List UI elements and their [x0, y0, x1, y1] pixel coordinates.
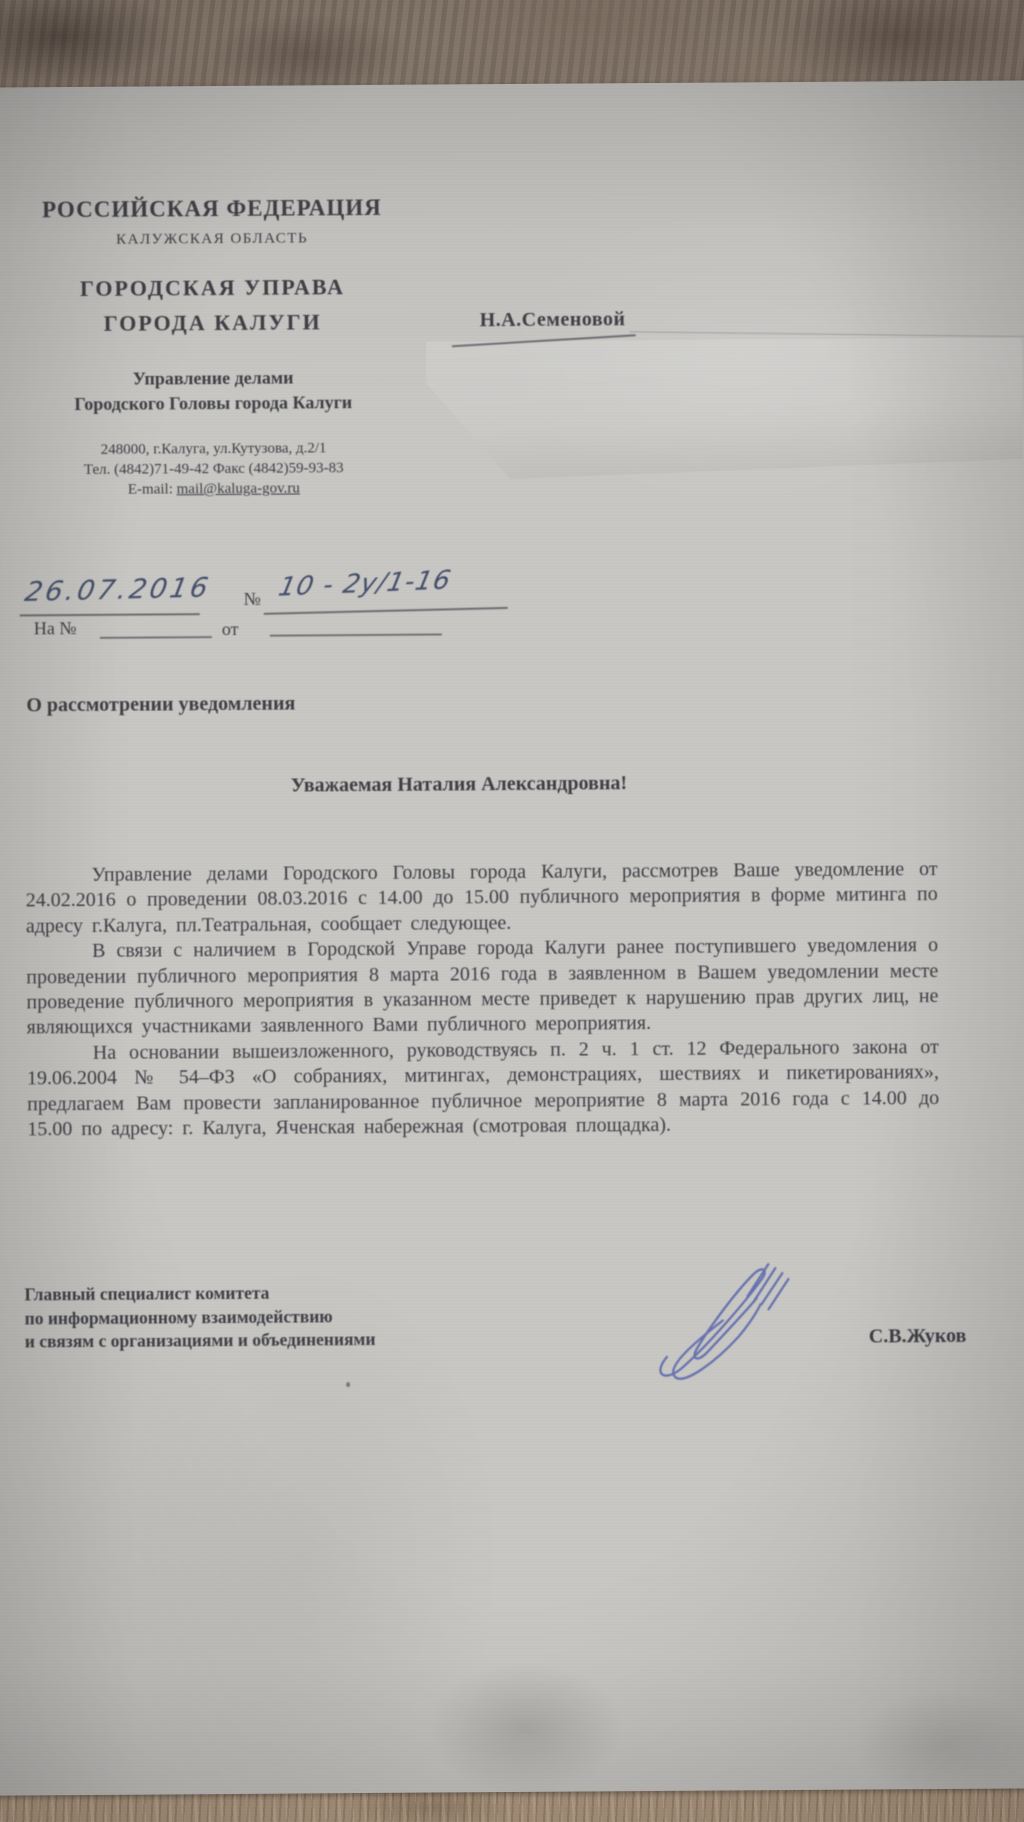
paper-crease-line — [630, 331, 1024, 337]
signatory-position: Главный специалист комитета по информаци… — [24, 1281, 375, 1354]
handwritten-date: 26.07.2016 — [22, 572, 213, 608]
letterhead-address: 248000, г.Калуга, ул.Кутузова, д.2/1 — [9, 440, 419, 460]
photo-of-letter: РОССИЙСКАЯ ФЕДЕРАЦИЯ КАЛУЖСКАЯ ОБЛАСТЬ Г… — [0, 0, 1024, 1822]
letterhead-email-line: E-mail: mail@kaluga-gov.ru — [9, 480, 419, 500]
signatory-position-line1: Главный специалист комитета — [24, 1281, 375, 1307]
body-paragraph-3: На основании вышеизложенного, руководств… — [27, 1035, 940, 1143]
recipient-name: Н.А.Семеновой — [480, 308, 626, 332]
email-address: mail@kaluga-gov.ru — [177, 480, 300, 497]
reply-number-blank-line — [100, 636, 212, 639]
letterhead-org-line1: ГОРОДСКАЯ УПРАВА — [7, 274, 417, 303]
signatory-name: С.В.Жуков — [869, 1325, 967, 1349]
reply-from-label: от — [222, 619, 239, 640]
signatory-position-line2: по информационному взаимодействию — [25, 1304, 376, 1330]
letterhead: РОССИЙСКАЯ ФЕДЕРАЦИЯ КАЛУЖСКАЯ ОБЛАСТЬ Г… — [7, 195, 419, 500]
number-sign-label: № — [244, 589, 261, 610]
signatory-position-line3: и связям с организациями и объединениями — [25, 1328, 376, 1354]
subject-line: О рассмотрении уведомления — [26, 693, 295, 718]
paper-speck — [346, 1382, 350, 1387]
number-underline — [264, 607, 508, 615]
letterhead-dept-line2: Городского Головы города Калуги — [8, 392, 418, 416]
date-underline — [20, 613, 200, 616]
recipient-underline — [452, 334, 636, 347]
letter-content: РОССИЙСКАЯ ФЕДЕРАЦИЯ КАЛУЖСКАЯ ОБЛАСТЬ Г… — [0, 80, 1024, 1795]
letterhead-org-line2: ГОРОДА КАЛУГИ — [8, 309, 418, 338]
letter-body: Управление делами Городского Головы горо… — [25, 857, 939, 1143]
reply-to-number-label: На № — [34, 618, 77, 639]
signature-ink — [650, 1254, 816, 1390]
email-label: E-mail: — [128, 481, 173, 497]
letterhead-dept-line1: Управление делами — [8, 367, 418, 391]
letter-paper: РОССИЙСКАЯ ФЕДЕРАЦИЯ КАЛУЖСКАЯ ОБЛАСТЬ Г… — [0, 80, 1024, 1795]
reply-date-blank-line — [270, 633, 442, 636]
salutation: Уважаемая Наталия Александровна! — [0, 770, 919, 799]
letterhead-country: РОССИЙСКАЯ ФЕДЕРАЦИЯ — [7, 195, 417, 224]
handwritten-outgoing-number: 10 - 2у/1-16 — [276, 565, 454, 602]
body-paragraph-2: В связи с наличием в Городской Управе го… — [26, 933, 939, 1041]
body-paragraph-1: Управление делами Городского Головы горо… — [25, 857, 938, 940]
letterhead-phone: Тел. (4842)71-49-42 Факс (4842)59-93-83 — [9, 460, 419, 480]
letterhead-region: КАЛУЖСКАЯ ОБЛАСТЬ — [7, 230, 417, 250]
